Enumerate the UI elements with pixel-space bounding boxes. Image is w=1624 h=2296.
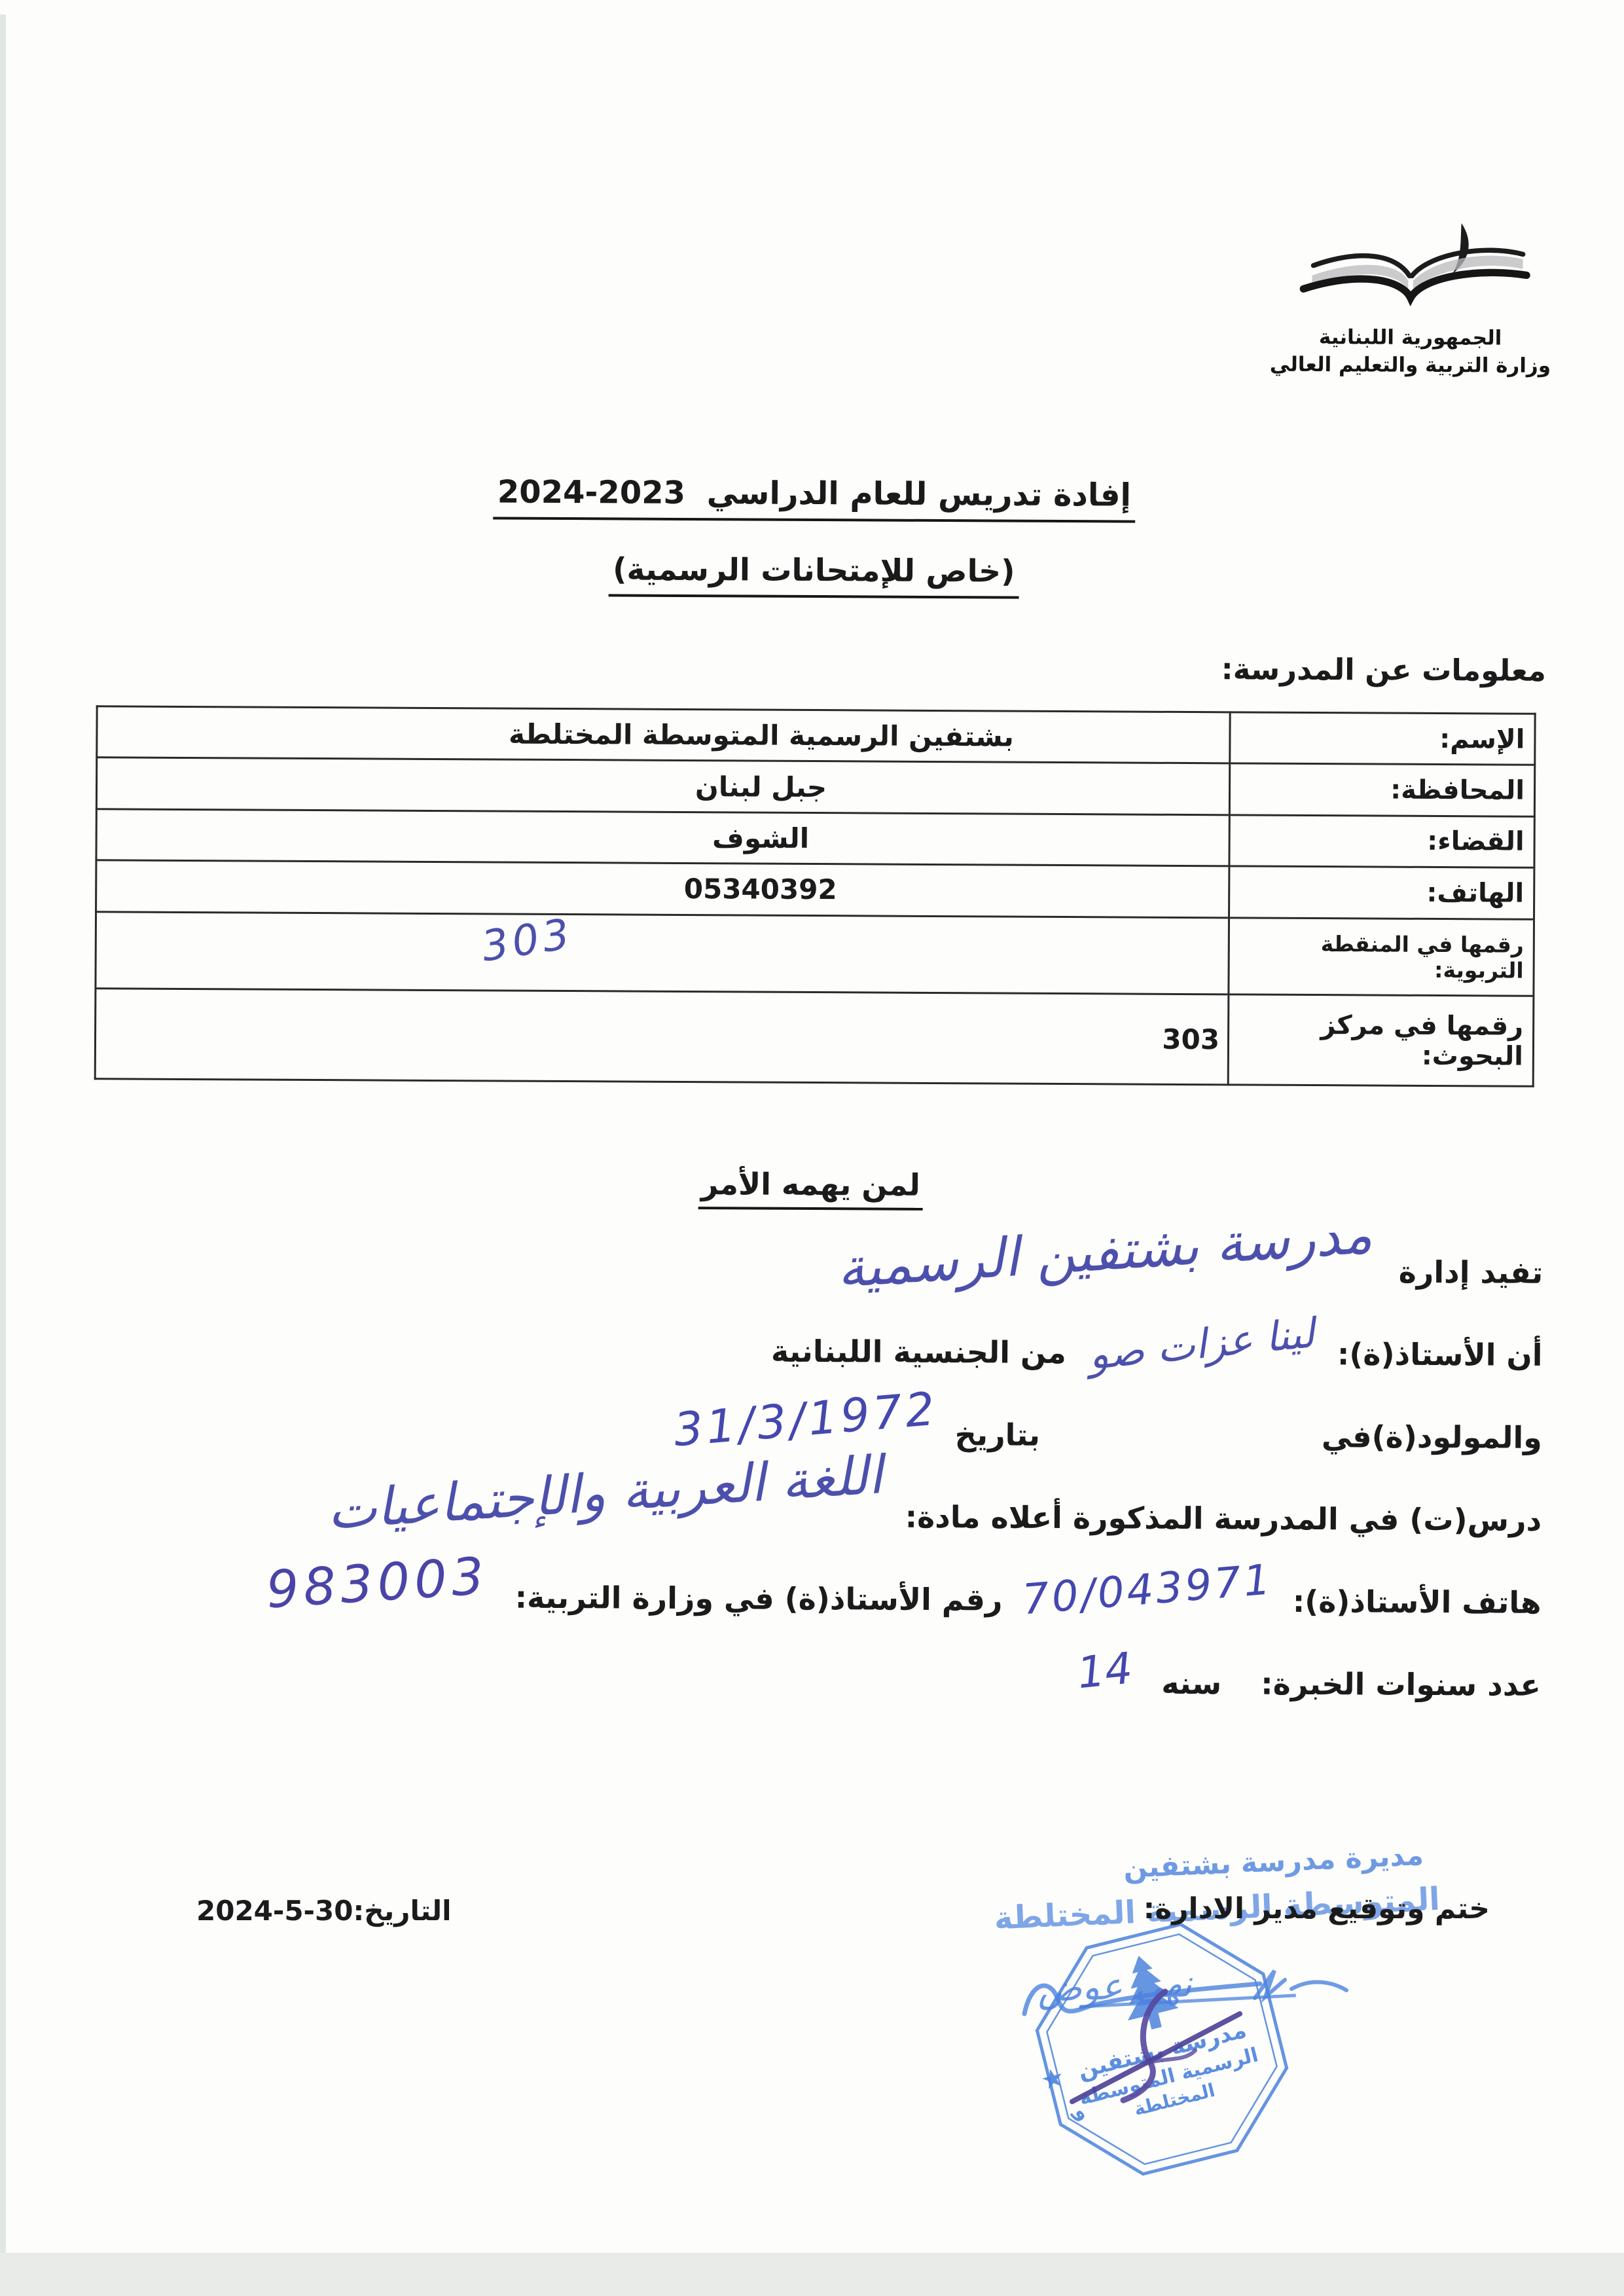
- open-book-logo: [1280, 219, 1542, 325]
- handwritten-ministry-number: 983003: [265, 1550, 490, 1617]
- line5-phone-label: هاتف الأستاذ(ة):: [1293, 1575, 1542, 1629]
- row-value: جبل لبنان: [96, 757, 1229, 814]
- row-value: 303: [95, 989, 1229, 1085]
- handwritten-region-number: 303: [478, 909, 577, 971]
- row-label: رقمها في مركز البحوث:: [1228, 994, 1534, 1086]
- row-value: 303: [96, 911, 1229, 994]
- line4-label: درس(ت) في المدرسة المذكورة أعلاه مادة:: [905, 1491, 1542, 1546]
- date-value: 2024-5-30: [196, 1895, 353, 1927]
- ministry-header: الجمهورية اللبنانية وزارة التربية والتعل…: [1263, 219, 1558, 380]
- line6-label: عدد سنوات الخبرة:: [1261, 1658, 1541, 1711]
- line5-number-label: رقم الأستاذ(ة) في وزارة التربية:: [515, 1571, 1003, 1626]
- row-label: الهاتف:: [1229, 866, 1534, 919]
- line3-date-label: بتاريخ: [955, 1408, 1041, 1461]
- star-icon: ★: [1038, 2062, 1068, 2096]
- row-value: بشتفين الرسمية المتوسطة المختلطة: [97, 706, 1230, 763]
- document-title-text: إفادة تدريس للعام الدراسي: [707, 475, 1132, 513]
- academic-years: 2024-2023: [497, 473, 685, 511]
- school-info-table: الإسم: بشتفين الرسمية المتوسطة المختلطة …: [94, 705, 1536, 1087]
- row-label: رقمها في المنقطة التربوية:: [1229, 917, 1534, 996]
- stamp-caption: ختم وتوقيع مدير الادارة:: [1144, 1892, 1490, 1925]
- row-value: 05340392: [96, 860, 1229, 917]
- line2-label: أن الأستاذ(ة):: [1337, 1328, 1543, 1381]
- line6-unit: سنه: [1161, 1657, 1221, 1709]
- document-subtitle: (خاص للإمتحانات الرسمية): [609, 551, 1019, 598]
- document-title-row: إفادة تدريس للعام الدراسي 2024-2023: [2, 471, 1624, 526]
- line2-suffix: من الجنسية اللبنانية: [771, 1325, 1066, 1379]
- school-info-heading: معلومات عن المدرسة:: [1221, 651, 1547, 688]
- letter-line-administration: تفيد إدارة مدرسة بشتفين الرسمية: [57, 1239, 1543, 1329]
- table-row: القضاء: الشوف: [96, 809, 1534, 868]
- date-label: التاريخ:: [353, 1895, 451, 1927]
- ministry-name: وزارة التربية والتعليم العالي: [1263, 351, 1557, 380]
- handwritten-experience-years: 14: [1075, 1642, 1136, 1700]
- table-row: المحافظة: جبل لبنان: [96, 757, 1534, 816]
- concern-heading-row: لمن يهمه الأمر: [0, 1162, 1623, 1214]
- handwritten-school-name: مدرسة بشتفين الرسمية: [836, 1209, 1374, 1296]
- scanned-document-page: الجمهورية اللبنانية وزارة التربية والتعل…: [0, 0, 1624, 2296]
- table-row: الإسم: بشتفين الرسمية المتوسطة المختلطة: [97, 706, 1535, 765]
- concern-heading: لمن يهمه الأمر: [698, 1166, 923, 1211]
- row-label: القضاء:: [1229, 815, 1534, 868]
- document-date: التاريخ:2024-5-30: [196, 1895, 452, 1927]
- document-title: إفادة تدريس للعام الدراسي 2024-2023: [494, 473, 1135, 522]
- letter-line-phone: هاتف الأستاذ(ة): 70/043971 رقم الأستاذ(ة…: [55, 1569, 1542, 1659]
- document-subtitle-row: (خاص للإمتحانات الرسمية): [2, 549, 1624, 602]
- line1-label: تفيد إدارة: [1398, 1246, 1543, 1299]
- letter-body: تفيد إدارة مدرسة بشتفين الرسمية أن الأست…: [54, 1239, 1543, 1741]
- letter-line-experience: عدد سنوات الخبرة: سنه 14: [54, 1651, 1541, 1741]
- line3-label: والمولود(ة)في: [1322, 1410, 1542, 1464]
- row-value: الشوف: [96, 809, 1229, 866]
- row-label: الإسم:: [1230, 712, 1535, 765]
- republic-name: الجمهورية اللبنانية: [1263, 323, 1558, 352]
- row-label: المحافظة:: [1229, 763, 1534, 816]
- director-signature-ink: [1067, 1984, 1250, 2108]
- table-row: رقمها في المنقطة التربوية: 303: [96, 911, 1534, 996]
- table-row: الهاتف: 05340392: [96, 860, 1534, 919]
- table-row: رقمها في مركز البحوث: 303: [95, 989, 1534, 1086]
